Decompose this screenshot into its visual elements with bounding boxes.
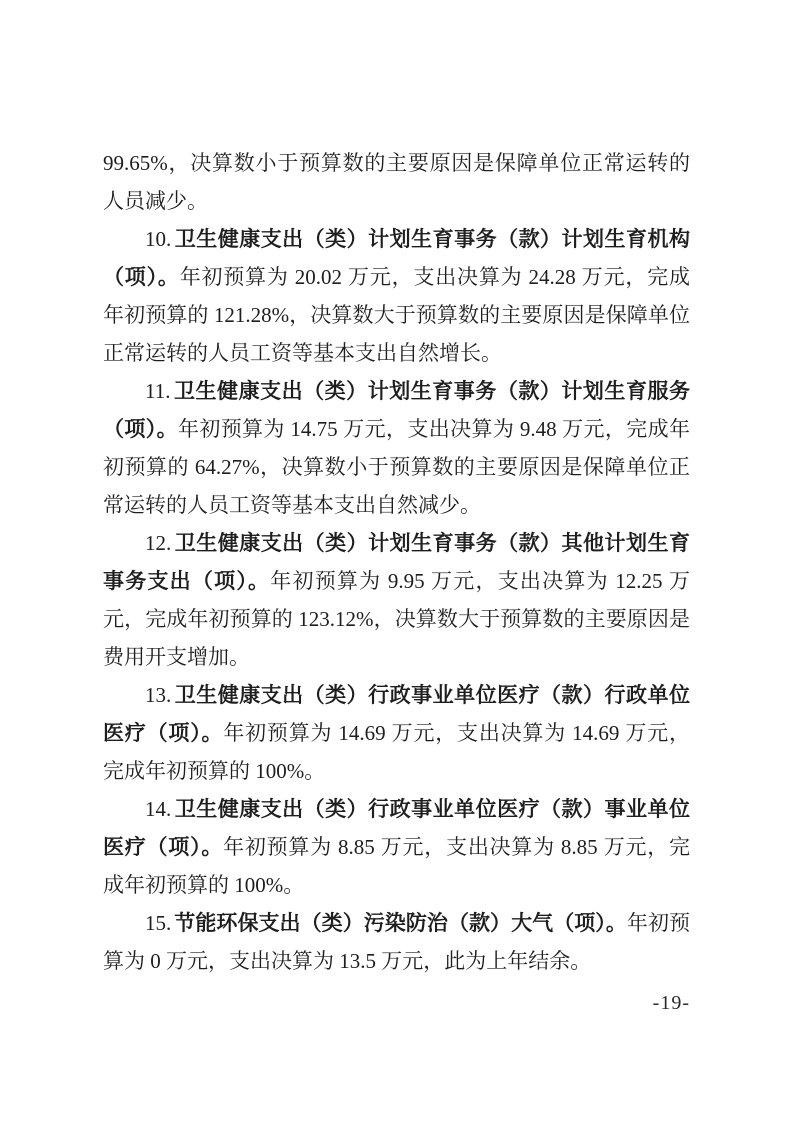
paragraph-13: 13.卫生健康支出（类）行政事业单位医疗（款）行政单位医疗（项）。年初预算为 1… [103, 676, 690, 790]
paragraph-heading: 节能环保支出（类）污染防治（款）大气（项）。 [174, 911, 627, 935]
document-page: 99.65%，决算数小于预算数的主要原因是保障单位正常运转的人员减少。 10.卫… [0, 0, 793, 1122]
paragraph-14: 14.卫生健康支出（类）行政事业单位医疗（款）事业单位医疗（项）。年初预算为 8… [103, 790, 690, 904]
paragraph-number: 13. [145, 683, 171, 707]
paragraph-number: 15. [145, 911, 171, 935]
paragraph-body: 年初预算为 14.75 万元，支出决算为 9.48 万元，完成年初预算的 64.… [103, 417, 690, 517]
page-number: -19- [653, 992, 690, 1014]
paragraph-15: 15.节能环保支出（类）污染防治（款）大气（项）。年初预算为 0 万元，支出决算… [103, 904, 690, 980]
paragraph-12: 12.卫生健康支出（类）计划生育事务（款）其他计划生育事务支出（项）。年初预算为… [103, 524, 690, 676]
paragraph-11: 11.卫生健康支出（类）计划生育事务（款）计划生育服务（项）。年初预算为 14.… [103, 372, 690, 524]
paragraph-number: 14. [145, 797, 171, 821]
document-body: 99.65%，决算数小于预算数的主要原因是保障单位正常运转的人员减少。 10.卫… [103, 144, 690, 980]
paragraph-10: 10.卫生健康支出（类）计划生育事务（款）计划生育机构（项）。年初预算为 20.… [103, 220, 690, 372]
paragraph-number: 12. [145, 531, 171, 555]
paragraph-continuation: 99.65%，决算数小于预算数的主要原因是保障单位正常运转的人员减少。 [103, 144, 690, 220]
paragraph-number: 10. [145, 227, 171, 251]
paragraph-number: 11. [145, 379, 170, 403]
paragraph-body: 年初预算为 20.02 万元，支出决算为 24.28 万元，完成年初预算的 12… [103, 265, 690, 365]
